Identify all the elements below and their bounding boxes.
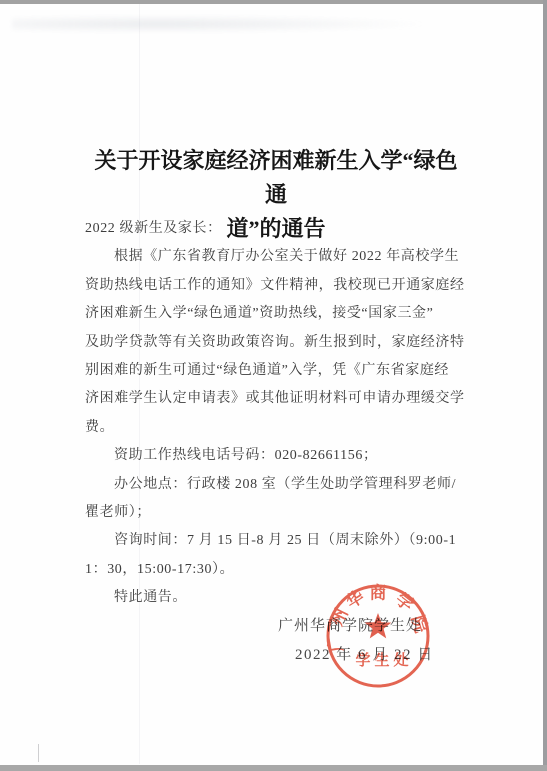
seal-star-icon xyxy=(365,613,392,638)
seal-arc-char: 华 xyxy=(342,586,367,612)
body-line: 别困难的新生可通过“绿色通道”入学，凭《广东省家庭经 xyxy=(85,357,471,385)
body-line: 办公地点：行政楼 208 室（学生处助学管理科罗老师/ xyxy=(85,471,471,499)
body-line: 济困难学生认定申请表》或其他证明材料可申请办理缓交学 xyxy=(85,385,471,413)
seal-bottom-text: 学生处 xyxy=(355,651,412,669)
body-line: 费。 xyxy=(85,414,471,442)
body-line: 资助工作热线电话号码：020-82661156； xyxy=(85,442,471,470)
scan-smudge xyxy=(12,15,432,33)
title-line: 关于开设家庭经济困难新生入学“绿色通 xyxy=(85,144,467,212)
scan-edge-right xyxy=(543,0,547,771)
scan-edge-top xyxy=(0,0,547,4)
body-line: 咨询时间：7 月 15 日-8 月 25 日（周末除外）（9:00-1 xyxy=(85,527,471,555)
seal-arc-char: 广 xyxy=(324,633,347,653)
seal-arc-char: 学 xyxy=(392,589,418,615)
body-line: 瞿老师）； xyxy=(85,499,471,527)
notice-body: 2022 级新生及家长： 根据《广东省教育厅办公室关于做好 2022 年高校学生… xyxy=(85,215,471,612)
body-line: 根据《广东省教育厅办公室关于做好 2022 年高校学生 xyxy=(85,243,471,271)
scan-edge-bottom xyxy=(0,765,547,771)
seal-arc-char: 州 xyxy=(327,605,352,629)
document-page: 关于开设家庭经济困难新生入学“绿色通 道”的通告 2022 级新生及家长： 根据… xyxy=(0,0,547,771)
body-line: 济困难新生入学“绿色通道”资助热线，接受“国家三金” xyxy=(85,300,471,328)
salutation-line: 2022 级新生及家长： xyxy=(85,215,471,243)
official-seal: 广 州 华 商 学 院 学生处 xyxy=(322,580,434,692)
seal-arc-char: 商 xyxy=(370,583,387,603)
scan-mark xyxy=(38,744,39,762)
body-line: 资助热线电话工作的通知》文件精神，我校现已开通家庭经 xyxy=(85,272,471,300)
body-line: 及助学贷款等有关资助政策咨询。新生报到时，家庭经济特 xyxy=(85,329,471,357)
